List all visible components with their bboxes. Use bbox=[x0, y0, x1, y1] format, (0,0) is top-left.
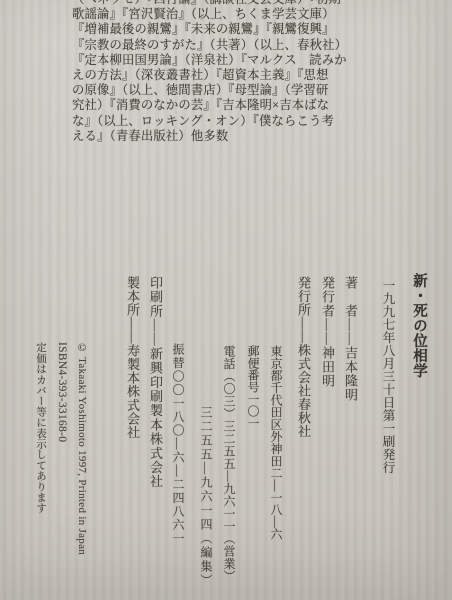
postal-code-line: 郵便番号一〇一 bbox=[245, 345, 262, 429]
author-line: 著 者――吉本隆明 bbox=[341, 276, 360, 402]
bibliography-block: （ベネッセ）『西行論』（講談社文芸文庫）『初期 歌謡論』『宮沢賢治』（以上、ちく… bbox=[72, 0, 318, 144]
price-note: 定価はカバー等に表示してあります bbox=[33, 342, 48, 513]
bibliography-line: える』（青春出版社）他多数 bbox=[72, 129, 318, 144]
isbn-number: ISBN4-393-33168-0 bbox=[56, 342, 68, 442]
publisher-person-line: 発行者――神田明 bbox=[318, 276, 337, 388]
bibliography-line: の原像』（以上、徳間書店）『母型論』（学習研 bbox=[72, 83, 318, 98]
publisher-address-line: 東京都千代田区外神田二―一八―六 bbox=[268, 345, 285, 540]
copyright-notice: © Takaaki Yoshimoto 1997, Printed in Jap… bbox=[76, 342, 88, 555]
book-title: 新・死の位相学 bbox=[409, 273, 430, 378]
bibliography-line: 『増補最後の親鸞』『未来の親鸞』『親鸞復興』 bbox=[72, 22, 318, 37]
printer-line: 印刷所――新興印刷製本株式会社 bbox=[146, 276, 165, 489]
binder-line: 製本所――寿製本株式会社 bbox=[123, 276, 142, 439]
book-colophon-page: （ベネッセ）『西行論』（講談社文芸文庫）『初期 歌謡論』『宮沢賢治』（以上、ちく… bbox=[0, 0, 452, 600]
publisher-company-line: 発行所――株式会社春秋社 bbox=[294, 276, 313, 438]
bibliography-line: 歌謡論』『宮沢賢治』（以上、ちくま学芸文庫） bbox=[72, 7, 318, 22]
edition-date-line: 一九九七年八月三十日第一刷発行 bbox=[379, 279, 397, 474]
bibliography-line: 『宗教の最終のすがた』（共著）（以上、春秋社） bbox=[72, 38, 318, 53]
phone-editorial-line: 三二五五―九六一四（編集） bbox=[198, 406, 215, 588]
bibliography-line: な』（以上、ロッキング・オン）『僕ならこう考 bbox=[72, 114, 318, 129]
bibliography-line: 究社）『消費のなかの芸』『吉本隆明×吉本ばな bbox=[72, 98, 318, 113]
postal-transfer-line: 振替〇〇一八〇―六―二四八六一 bbox=[170, 343, 187, 546]
bibliography-line: 『定本柳田国男論』（洋泉社）『マルクス 読みか bbox=[72, 53, 318, 68]
bibliography-line: えの方法』（深夜叢書社）『超資本主義』『思想 bbox=[72, 68, 318, 83]
phone-sales-line: 電話（〇三）三二五五―九六一一（営業） bbox=[221, 345, 238, 583]
